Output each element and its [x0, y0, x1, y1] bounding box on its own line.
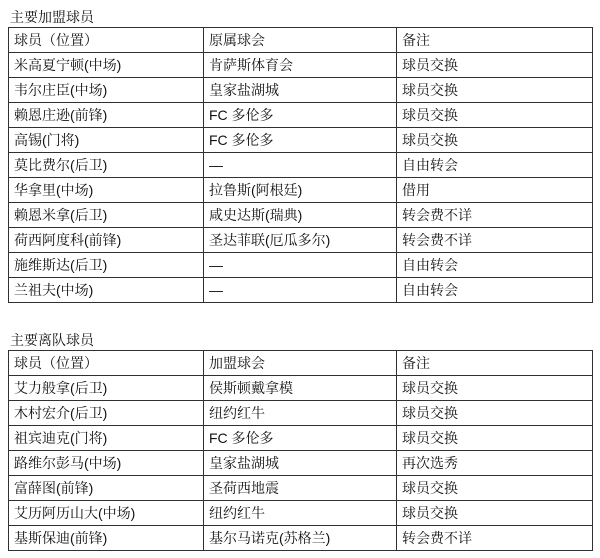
departures-title: 主要离队球员 — [10, 333, 592, 348]
table-cell: 球员交换 — [397, 103, 593, 128]
table-cell: 球员交换 — [397, 78, 593, 103]
table-cell: 兰祖夫(中场) — [9, 278, 204, 303]
table-cell: 转会费不详 — [397, 228, 593, 253]
table-cell: 基尔马诺克(苏格兰) — [204, 526, 397, 551]
column-header: 球员（位置） — [9, 28, 204, 53]
table-cell: 米高夏宁顿(中场) — [9, 53, 204, 78]
table-cell: 纽约红牛 — [204, 501, 397, 526]
table-cell: 皇家盐湖城 — [204, 78, 397, 103]
table-cell: — — [204, 278, 397, 303]
table-row: 祖宾迪克(门将)FC 多伦多球员交换 — [9, 426, 593, 451]
table-cell: 咸史达斯(瑞典) — [204, 203, 397, 228]
table-cell: 球员交换 — [397, 426, 593, 451]
table-row: 荷西阿度科(前锋)圣达菲联(厄瓜多尔)转会费不详 — [9, 228, 593, 253]
table-cell: 高锡(门将) — [9, 128, 204, 153]
table-cell: 荷西阿度科(前锋) — [9, 228, 204, 253]
table-cell: 艾力般拿(后卫) — [9, 376, 204, 401]
table-cell: 基斯保迪(前锋) — [9, 526, 204, 551]
departures-section: 主要离队球员球员（位置）加盟球会备注艾力般拿(后卫)侯斯顿戴拿模球员交换木村宏介… — [8, 333, 592, 551]
table-cell: 侯斯顿戴拿模 — [204, 376, 397, 401]
table-cell: 球员交换 — [397, 376, 593, 401]
table-cell: 祖宾迪克(门将) — [9, 426, 204, 451]
table-cell: 施维斯达(后卫) — [9, 253, 204, 278]
table-cell: 再次选秀 — [397, 451, 593, 476]
table-cell: 赖恩米拿(后卫) — [9, 203, 204, 228]
table-row: 艾力般拿(后卫)侯斯顿戴拿模球员交换 — [9, 376, 593, 401]
table-row: 木村宏介(后卫)纽约红牛球员交换 — [9, 401, 593, 426]
table-row: 路维尔彭马(中场)皇家盐湖城再次选秀 — [9, 451, 593, 476]
signings-table: 球员（位置）原属球会备注米高夏宁顿(中场)肯萨斯体育会球员交换韦尔庄臣(中场)皇… — [8, 27, 593, 303]
table-cell: 球员交换 — [397, 501, 593, 526]
table-cell: 借用 — [397, 178, 593, 203]
column-header: 加盟球会 — [204, 351, 397, 376]
table-cell: 转会费不详 — [397, 526, 593, 551]
table-cell: 球员交换 — [397, 401, 593, 426]
table-row: 高锡(门将)FC 多伦多球员交换 — [9, 128, 593, 153]
table-row: 韦尔庄臣(中场)皇家盐湖城球员交换 — [9, 78, 593, 103]
table-row: 兰祖夫(中场)—自由转会 — [9, 278, 593, 303]
departures-table: 球员（位置）加盟球会备注艾力般拿(后卫)侯斯顿戴拿模球员交换木村宏介(后卫)纽约… — [8, 350, 593, 551]
table-row: 富薛图(前锋)圣荷西地震球员交换 — [9, 476, 593, 501]
table-cell: 艾历阿历山大(中场) — [9, 501, 204, 526]
table-cell: 球员交换 — [397, 476, 593, 501]
header-row: 球员（位置）加盟球会备注 — [9, 351, 593, 376]
table-cell: 圣达菲联(厄瓜多尔) — [204, 228, 397, 253]
table-cell: 转会费不详 — [397, 203, 593, 228]
table-cell: 球员交换 — [397, 128, 593, 153]
table-cell: FC 多伦多 — [204, 426, 397, 451]
column-header: 原属球会 — [204, 28, 397, 53]
table-row: 基斯保迪(前锋)基尔马诺克(苏格兰)转会费不详 — [9, 526, 593, 551]
column-header: 球员（位置） — [9, 351, 204, 376]
table-cell: 莫比费尔(后卫) — [9, 153, 204, 178]
table-cell: 圣荷西地震 — [204, 476, 397, 501]
table-cell: 拉鲁斯(阿根廷) — [204, 178, 397, 203]
table-cell: 球员交换 — [397, 53, 593, 78]
header-row: 球员（位置）原属球会备注 — [9, 28, 593, 53]
table-cell: — — [204, 253, 397, 278]
table-cell: 纽约红牛 — [204, 401, 397, 426]
table-row: 华拿里(中场)拉鲁斯(阿根廷)借用 — [9, 178, 593, 203]
table-cell: 肯萨斯体育会 — [204, 53, 397, 78]
table-row: 莫比费尔(后卫)—自由转会 — [9, 153, 593, 178]
player-transfer-page: 主要加盟球员球员（位置）原属球会备注米高夏宁顿(中场)肯萨斯体育会球员交换韦尔庄… — [0, 0, 600, 551]
table-cell: 韦尔庄臣(中场) — [9, 78, 204, 103]
table-row: 施维斯达(后卫)—自由转会 — [9, 253, 593, 278]
table-cell: 赖恩庄逊(前锋) — [9, 103, 204, 128]
table-row: 艾历阿历山大(中场)纽约红牛球员交换 — [9, 501, 593, 526]
table-cell: FC 多伦多 — [204, 103, 397, 128]
table-cell: 自由转会 — [397, 153, 593, 178]
table-cell: 自由转会 — [397, 278, 593, 303]
table-cell: 华拿里(中场) — [9, 178, 204, 203]
table-cell: — — [204, 153, 397, 178]
table-cell: FC 多伦多 — [204, 128, 397, 153]
table-row: 米高夏宁顿(中场)肯萨斯体育会球员交换 — [9, 53, 593, 78]
table-cell: 富薛图(前锋) — [9, 476, 204, 501]
table-row: 赖恩庄逊(前锋)FC 多伦多球员交换 — [9, 103, 593, 128]
column-header: 备注 — [397, 351, 593, 376]
table-cell: 木村宏介(后卫) — [9, 401, 204, 426]
table-cell: 自由转会 — [397, 253, 593, 278]
signings-section: 主要加盟球员球员（位置）原属球会备注米高夏宁顿(中场)肯萨斯体育会球员交换韦尔庄… — [8, 10, 592, 303]
table-cell: 皇家盐湖城 — [204, 451, 397, 476]
column-header: 备注 — [397, 28, 593, 53]
table-cell: 路维尔彭马(中场) — [9, 451, 204, 476]
table-row: 赖恩米拿(后卫)咸史达斯(瑞典)转会费不详 — [9, 203, 593, 228]
signings-title: 主要加盟球员 — [10, 10, 592, 25]
